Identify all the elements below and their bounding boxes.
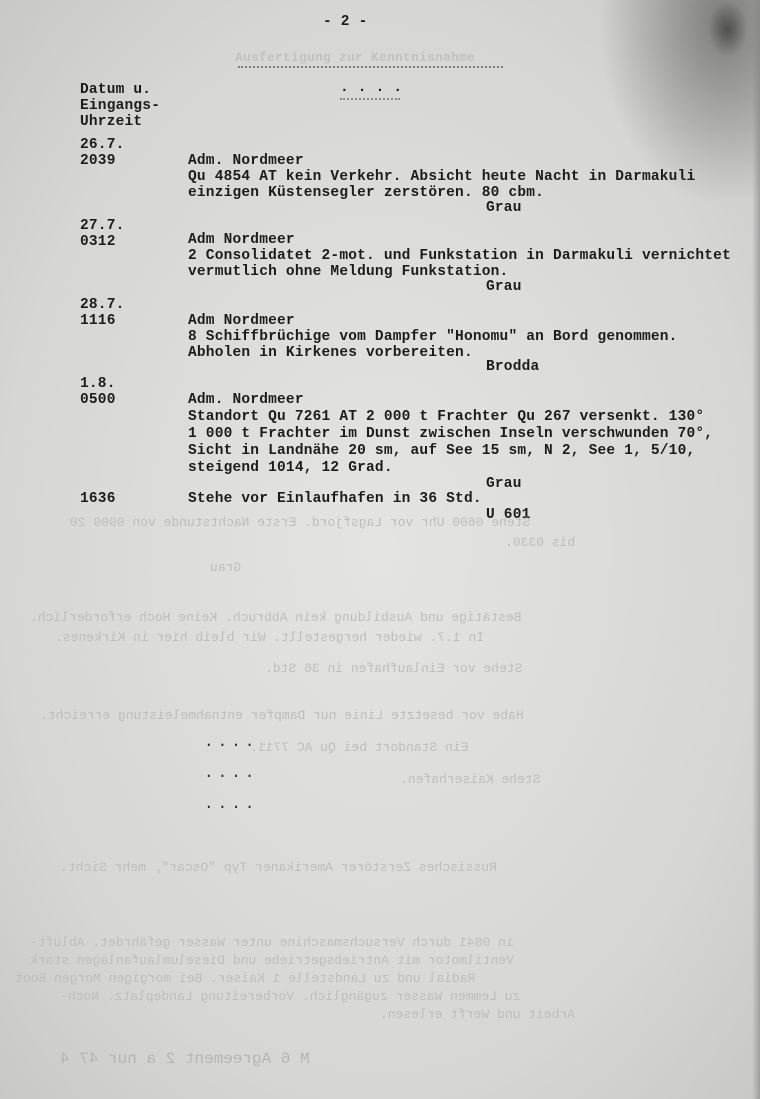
bleed-through-text: Ventilmotor mit Antriebsgetriebe und Die… [30,953,514,968]
entry-line: einzigen Küstensegler zerstören. 80 cbm. [188,185,544,201]
bleed-through-text: bis 0330. [505,535,575,550]
dots-underline [340,98,400,100]
bleed-through-text: zu Lemmen Wasser zugänglich. Vorbereitun… [60,989,520,1004]
bleed-through-text: Ein Standort bei Qu AC 7711. [250,740,468,755]
page-edge [752,0,760,1099]
entry-line: Stehe vor Einlaufhafen in 36 Std. [188,491,482,507]
entry-sender: Adm Nordmeer [188,232,295,248]
column-header-line-2: Eingangs- [80,98,160,114]
entry-date: 1.8. [80,376,116,392]
bleed-through-text: in 0841 durch Versuchsmaschine unter Was… [30,935,514,950]
entry-time: 0312 [80,234,116,250]
bleed-through-text: Habe vor besetzte Linie nur Dampfer entn… [40,708,524,723]
heading-dots: . . . . [340,80,402,96]
entry-date: 28.7. [80,297,125,313]
entry-line: 2 Consolidatet 2-mot. und Funkstation in… [188,248,731,264]
bleed-through-text: Bestätige und Ausbildung kein Abbruch. K… [30,610,521,625]
entry-time: 2039 [80,153,116,169]
column-header-line-3: Uhrzeit [80,114,142,130]
entry-signature: Grau [486,279,522,295]
bleed-through-text: Arbeit und Werft erlesen. [380,1007,575,1022]
page-number: - 2 - [323,14,368,30]
entry-line: Standort Qu 7261 AT 2 000 t Frachter Qu … [188,409,704,425]
entry-time: 1116 [80,313,116,329]
column-header-line-1: Datum u. [80,82,151,98]
entry-sender: Adm Nordmeer [188,313,295,329]
bleed-through-text: M 6 Agreement 2 a nur 47 4 [60,1050,310,1068]
corner-stain [708,2,748,57]
placeholder-dots: .... [204,795,258,813]
entry-signature: Grau [486,200,522,216]
entry-line: vermutlich ohne Meldung Funkstation. [188,264,508,280]
entry-date: 26.7. [80,137,125,153]
entry-line: steigend 1014, 12 Grad. [188,460,393,476]
heading-underline [238,66,503,68]
bleed-through-text: In 1.7. wieder hergestellt. Wir bleib hi… [55,630,484,645]
bleed-through-text: Stehe 0600 Uhr vor Lagsfjord. Erste Nach… [70,515,530,530]
bleed-through-text: Radial und zu Landstelle 1 Kaiser. Bei m… [15,971,475,986]
bleed-through-text: Stehe vor Einlaufhafen in 36 Std. [265,661,522,676]
entry-sender: Adm. Nordmeer [188,153,304,169]
bleed-through-text: Grau [210,560,241,575]
entry-line: 1 000 t Frachter im Dunst zwischen Insel… [188,426,713,442]
document-page: - 2 - Ausfertigung zur Kenntnisnahme . .… [0,0,760,1099]
entry-signature: Brodda [486,359,539,375]
entry-line: Sicht in Landnähe 20 sm, auf See 15 sm, … [188,443,695,459]
bleed-through-text: Stehe Kaiserhafen. [400,772,540,787]
entry-line: Abholen in Kirkenes vorbereiten. [188,345,473,361]
entry-date: 27.7. [80,218,125,234]
entry-time: 0500 [80,392,116,408]
entry-time: 1636 [80,491,116,507]
entry-signature: Grau [486,476,522,492]
placeholder-dots: .... [204,764,258,782]
entry-line: 8 Schiffbrüchige vom Dampfer "Honomu" an… [188,329,678,345]
bleed-through-text: Russisches Zerstörer Amerikaner Typ "Osc… [60,860,497,875]
entry-sender: Adm. Nordmeer [188,392,304,408]
placeholder-dots: .... [204,733,258,751]
entry-line: Qu 4854 AT kein Verkehr. Absicht heute N… [188,169,695,185]
faded-heading: Ausfertigung zur Kenntnisnahme [235,50,475,66]
